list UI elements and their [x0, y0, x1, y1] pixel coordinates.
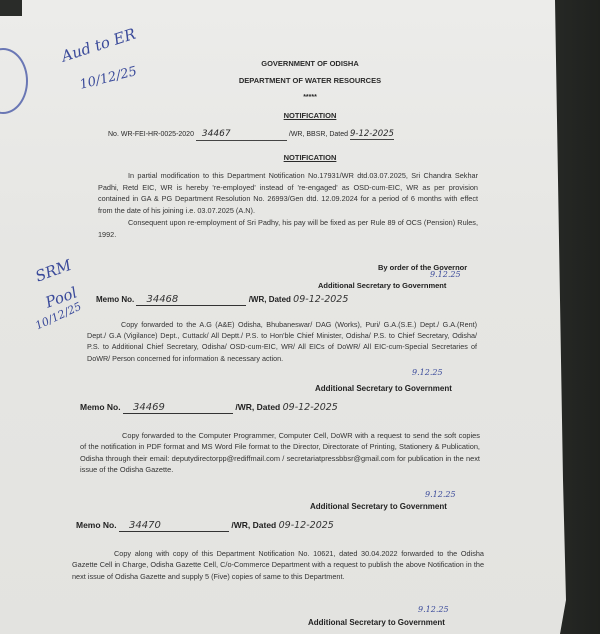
memo-1-line: Memo No. 34468 /WR, Dated 09-12-2025 — [96, 294, 348, 306]
reference-prefix: No. WR-FEI-HR-0025-2020 — [108, 131, 194, 138]
department-title: DEPARTMENT OF WATER RESOURCES — [0, 75, 580, 87]
signature-date-3: 9.12.25 — [425, 490, 456, 499]
memo-3-text: Copy along with copy of this Department … — [72, 548, 484, 582]
memo-2-date: 09-12-2025 — [283, 402, 338, 413]
body-paragraph-1: In partial modification to this Departme… — [98, 170, 478, 216]
memo-1-date: 09-12-2025 — [293, 294, 348, 305]
memo-2-label: Memo No. — [80, 402, 121, 412]
memo-1-suffix: /WR, Dated — [249, 295, 291, 304]
reference-suffix: /WR, BBSR, Dated — [289, 131, 348, 138]
signature-date-1: 9.12.25 — [430, 270, 461, 279]
memo-1-text: Copy forwarded to the A.G (A&E) Odisha, … — [87, 319, 477, 364]
memo-2-line: Memo No. 34469 /WR, Dated 09-12-2025 — [80, 402, 338, 414]
memo-3-signatory: Additional Secretary to Government — [308, 618, 445, 627]
memo-3-suffix: /WR, Dated — [231, 520, 276, 530]
signature-date-2: 9.12.25 — [412, 368, 443, 377]
memo-3-line: Memo No. 34470 /WR, Dated 09-12-2025 — [76, 520, 334, 532]
memo-2-suffix: /WR, Dated — [235, 402, 280, 412]
stars-separator: ***** — [0, 92, 580, 104]
document-page: Aud to ER 10/12/25 GOVERNMENT OF ODISHA … — [0, 0, 566, 634]
memo-1-number: 34468 — [136, 294, 246, 306]
signatory-title-1: Additional Secretary to Government — [318, 281, 446, 290]
reference-date: 9-12-2025 — [350, 129, 394, 140]
memo-2-text: Copy forwarded to the Computer Programme… — [80, 430, 480, 476]
memo-3-date: 09-12-2025 — [279, 520, 334, 531]
signature-date-4: 9.12.25 — [418, 605, 449, 614]
reference-line: No. WR-FEI-HR-0025-2020 34467 /WR, BBSR,… — [108, 128, 394, 141]
notification-heading: NOTIFICATION — [0, 110, 580, 122]
memo-3-number: 34470 — [119, 520, 229, 532]
government-title: GOVERNMENT OF ODISHA — [0, 58, 580, 70]
reference-number: 34467 — [196, 128, 287, 141]
notification-subheading: NOTIFICATION — [0, 152, 580, 164]
memo-1-signatory: Additional Secretary to Government — [315, 384, 452, 393]
handwritten-note-left-1: SRM — [33, 256, 74, 286]
memo-1-label: Memo No. — [96, 295, 134, 304]
body-paragraph-2: Consequent upon re-employment of Sri Pad… — [98, 217, 478, 240]
memo-2-signatory: Additional Secretary to Government — [310, 502, 447, 511]
dark-corner — [0, 0, 22, 16]
memo-2-number: 34469 — [123, 402, 233, 414]
memo-3-label: Memo No. — [76, 520, 117, 530]
